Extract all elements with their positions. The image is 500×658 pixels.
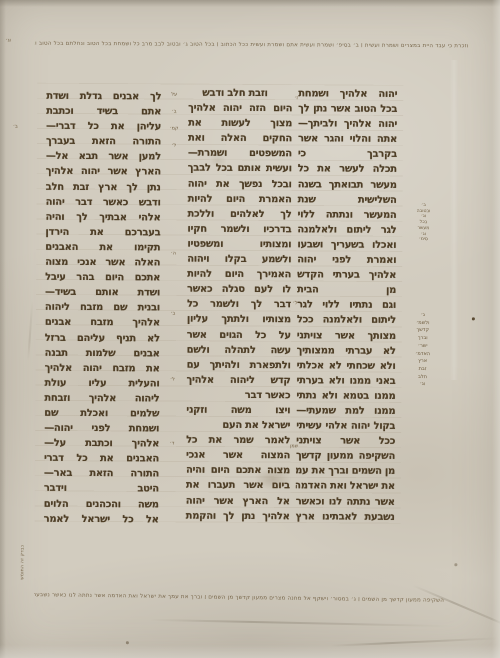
- text-line: אתה והלוי והגר אשר: [298, 132, 397, 148]
- text-line: תקימו את האבנים: [45, 240, 160, 256]
- text-line: בעברכם את הירדן: [45, 225, 160, 241]
- text-line: לגר ליתום ולאלמנה: [297, 222, 396, 238]
- text-line: התורה הזאת בעברך: [46, 134, 161, 150]
- masorah-parva-gutter-right: ז׳ל׳שמן: [284, 86, 307, 536]
- text-line: אלהי אבתיך לך והיה: [45, 209, 160, 225]
- text-line: השקיפה ממעון קדשך: [296, 449, 395, 465]
- text-line: ממנו למת שמעתי—: [296, 403, 395, 419]
- text-line: בקרבך כי: [298, 147, 397, 163]
- text-line: יהוה אלהיך ושמחת: [298, 86, 397, 102]
- masorah-parva-gutter-left: עלב׳קמ׳ל׳ה׳ב׳ל׳ד׳: [160, 85, 187, 535]
- right-margin-upper-notes: ב׳ובטובהוג׳בכלמעשרוג׳סימ׳: [410, 203, 436, 243]
- text-line: ואכלו בשעריך ושבעו: [297, 237, 396, 253]
- text-line: היום הזה יהוה אלהיך: [188, 101, 292, 117]
- text-line: והעלית עליו עולת: [44, 376, 159, 392]
- text-line: אשר נתתה לנו וכאשר: [296, 494, 395, 510]
- masorah-note: ז׳: [286, 96, 306, 102]
- text-line: מעשר תבואתך בשנה: [298, 177, 397, 193]
- text-line: שלמים ואכלת שם: [44, 406, 159, 422]
- text-line: מצוך לעשות את: [188, 116, 292, 132]
- masorah-note: על: [162, 92, 186, 98]
- text-line: ובכל נפשך את יהוה: [188, 176, 292, 192]
- text-line: אל כל ישראל לאמר: [44, 511, 159, 527]
- text-line: לך אבנים גדלת ושדת: [46, 89, 161, 105]
- text-line: האמירך היום להיות: [187, 267, 291, 283]
- corner-inscription: נבדק זה החומש: [20, 545, 25, 605]
- masorah-note: וג׳: [402, 381, 442, 389]
- text-line: נתן לך ארץ זבת חלב: [46, 179, 161, 195]
- text-line: ועשית אותם בכל לבבך: [188, 161, 292, 177]
- text-line: ושמחת לפני יהוה—: [44, 421, 159, 437]
- text-line: משה והכהנים הלוים: [44, 496, 159, 512]
- text-line: לו לעם סגלה כאשר: [187, 282, 291, 298]
- text-line: ואמרת לפני יהוה: [297, 252, 396, 268]
- text-line: באני ממנו ולא בערתי: [296, 373, 395, 389]
- masorah-note: וג׳: [6, 39, 11, 45]
- parchment-sheen: [450, 60, 458, 380]
- text-line: המשפטים ושמרת—: [188, 146, 292, 162]
- text-line: החקים האלה ואת: [188, 131, 292, 147]
- text-line: אתם בשיד וכתבת: [46, 104, 161, 120]
- text-column-right: יהוה אלהיך ושמחתבכל הטוב אשר נתן לךיהוה …: [296, 86, 398, 524]
- masorah-note: קמ׳: [162, 126, 186, 132]
- text-line: תכלה לעשר את כל: [298, 162, 397, 178]
- text-line: ליהוה אלהיך וזבחת: [44, 391, 159, 407]
- text-line: ולא שכחתי לא אכלתי: [297, 358, 396, 374]
- text-line: האמרת היום להיות: [188, 191, 292, 207]
- text-line: מצותך אשר צויתני: [297, 328, 396, 344]
- page-content: וזכרת כי עבד היית במצרים ושמרת ועשית ׀ ב…: [0, 0, 500, 658]
- text-line: לא תניף עליהם ברזל: [45, 330, 160, 346]
- text-line: מן השמים וברך את עמך: [296, 464, 395, 480]
- text-line: ובנית שם מזבח ליהוה: [45, 300, 160, 316]
- text-line: נשבעת לאבתינו ארץ: [296, 509, 395, 525]
- text-line: לאמר שמר את כל: [186, 433, 290, 449]
- text-line: קדש ליהוה אלהיך: [186, 372, 290, 388]
- text-line: ולתפארת ולהיתך עם: [187, 357, 291, 373]
- text-line: בכל הטוב אשר נתן לך: [298, 101, 397, 117]
- text-line: אבנים שלמות תבנה: [45, 345, 160, 361]
- text-line: עליהן את כל דברי—: [46, 119, 161, 135]
- text-line: ויצו משה וזקני: [186, 403, 290, 419]
- left-margin-notes: וג׳ב׳: [5, 39, 36, 139]
- masorah-note: ב׳: [161, 311, 185, 317]
- text-line: המעשר ונתתה ללוי: [297, 207, 396, 223]
- masorah-note: ל׳: [285, 301, 305, 307]
- text-line: אלהיך בערתי הקדש: [297, 267, 396, 283]
- text-line: אל הארץ אשר יהוה: [186, 493, 290, 509]
- text-line: אלהיך נתן לך והקמת: [186, 508, 290, 524]
- text-line: לא עברתי ממצותיך: [297, 343, 396, 359]
- text-line: מצותיו ולתתך עליון: [187, 312, 291, 328]
- text-line: ממנו בטמא ולא נתתי: [296, 388, 395, 404]
- text-line: את מזבח יהוה אלהיך: [45, 360, 160, 376]
- text-line: ודבש כאשר דבר יהוה: [46, 194, 161, 210]
- masorah-note: ל׳: [160, 377, 184, 383]
- masorah-note: ד׳: [160, 441, 184, 447]
- text-line: מן הבית: [297, 283, 396, 299]
- text-line: הארץ אשר יהוה אלהיך: [46, 164, 161, 180]
- text-line: על כל הגוים אשר: [187, 327, 291, 343]
- text-line: ככל אשר צויתני: [296, 433, 395, 449]
- text-line: ביום אשר תעברו את: [186, 478, 290, 494]
- text-column-middle: וזבת חלב ודבשהיום הזה יהוה אלהיךמצוך לעש…: [186, 86, 293, 524]
- text-line: יהוה אלהיך ולביתך—: [298, 116, 397, 132]
- right-margin-lower-notes: ג׳ולשמ׳קדשךוברךישר׳האדמ׳ארץזבתחלבוג׳: [402, 312, 442, 389]
- text-line: השלישית שנת: [298, 192, 397, 208]
- text-line: התורה הזאת באר—: [44, 466, 159, 482]
- text-line: המצוה אשר אנכי: [186, 448, 290, 464]
- text-line: מצוה אתכם היום והיה: [186, 463, 290, 479]
- masorah-note: ב׳: [162, 109, 186, 115]
- text-line: ולשמע בקלו ויהוה: [187, 252, 291, 268]
- text-line: וזבת חלב ודבש: [188, 86, 292, 102]
- masorah-note: סימ׳: [410, 237, 436, 243]
- text-line: את ישראל ואת האדמה: [296, 479, 395, 495]
- text-line: ושדת אותם בשיד—: [45, 285, 160, 301]
- text-line: בדרכיו ולשמר חקיו: [187, 221, 291, 237]
- text-line: למען אשר תבא אל—: [46, 149, 161, 165]
- masorah-note: שמן: [284, 444, 304, 450]
- ink-speck: [472, 317, 475, 320]
- text-line: ישראל את העם: [186, 418, 290, 434]
- ink-speck: [454, 563, 457, 566]
- text-line: ליתום ולאלמנה ככל: [297, 313, 396, 329]
- text-column-left: לך אבנים גדלת ושדתאתם בשיד וכתבתעליהן את…: [44, 89, 162, 527]
- text-line: כאשר דבר: [186, 387, 290, 403]
- text-line: ומצותיו ומשפטיו: [187, 237, 291, 253]
- text-line: דבר לך ולשמר כל: [187, 297, 291, 313]
- manuscript-page: וזכרת כי עבד היית במצרים ושמרת ועשית ׀ ב…: [0, 0, 500, 658]
- text-line: אתכם היום בהר עיבל: [45, 270, 160, 286]
- ink-speck: [126, 641, 129, 644]
- masorah-magna-bottom-line: השקיפה ממעון קדשך מן השמים ׀ ג׳ במסור׳ ו…: [34, 592, 444, 607]
- text-line: לך לאלהים וללכת: [187, 206, 291, 222]
- text-line: עשה לתהלה ולשם: [187, 342, 291, 358]
- masorah-note: ב׳: [13, 125, 18, 131]
- text-line: האבנים את כל דברי: [44, 451, 159, 467]
- text-line: וגם נתתיו ללוי לגר: [297, 298, 396, 314]
- masorah-note: ל׳: [162, 143, 186, 149]
- text-line: האלה אשר אנכי מצוה: [45, 255, 160, 271]
- masorah-note: ה׳: [161, 251, 185, 257]
- text-line: בקול יהוה אלהי עשיתי: [296, 418, 395, 434]
- text-line: אלהיך מזבח אבנים: [45, 315, 160, 331]
- text-line: אלהיך וכתבת על—: [44, 436, 159, 452]
- masorah-magna-top-line: וזכרת כי עבד היית במצרים ושמרת ועשית ׀ ב…: [35, 41, 469, 53]
- text-line: היטב וידבר: [44, 481, 159, 497]
